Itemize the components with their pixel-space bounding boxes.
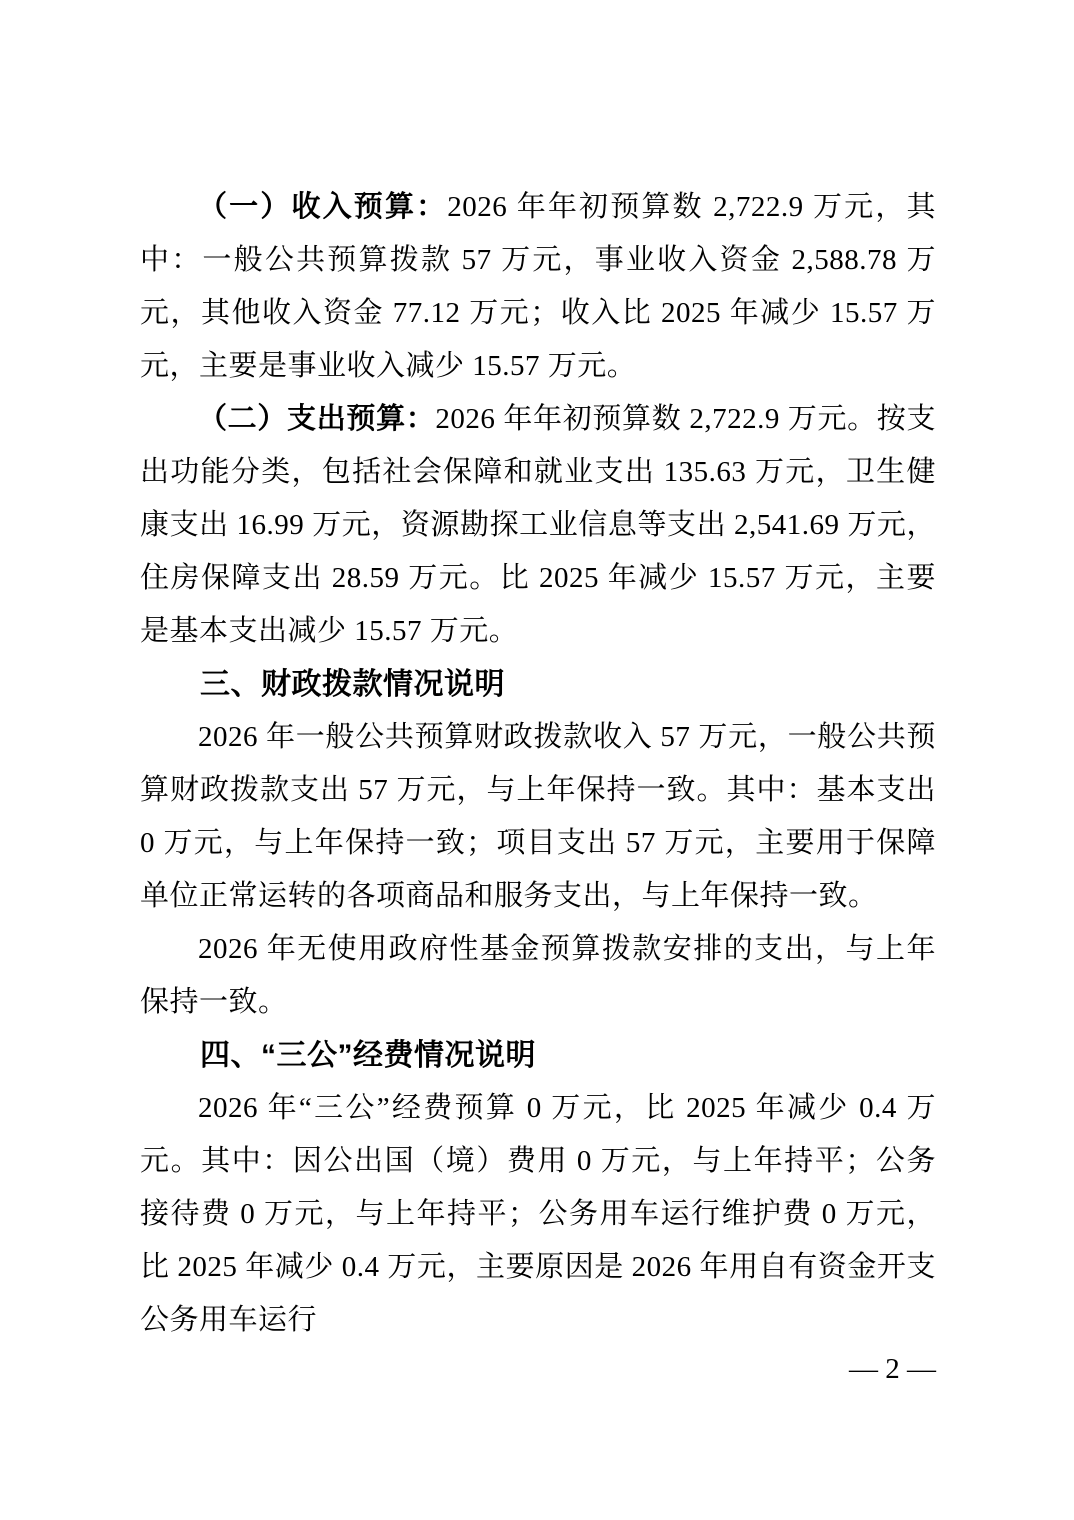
paragraph-expenditure-budget-text: 2026 年年初预算数 2,722.9 万元。按支出功能分类，包括社会保障和就业… — [140, 403, 936, 647]
paragraph-fiscal-appropriation: 2026 年一般公共预算财政拨款收入 57 万元，一般公共预算财政拨款支出 57… — [140, 711, 936, 923]
document-body: （一）收入预算：2026 年年初预算数 2,722.9 万元，其中：一般公共预算… — [140, 181, 936, 1347]
paragraph-government-fund: 2026 年无使用政府性基金预算拨款安排的支出，与上年保持一致。 — [140, 923, 936, 1029]
paragraph-expenditure-budget-lead: （二）支出预算： — [198, 403, 435, 435]
page-number-label: — 2 — — [849, 1353, 936, 1385]
paragraph-income-budget-lead: （一）收入预算： — [198, 191, 447, 223]
paragraph-income-budget: （一）收入预算：2026 年年初预算数 2,722.9 万元，其中：一般公共预算… — [140, 181, 936, 393]
paragraph-sangong-expenses: 2026 年“三公”经费预算 0 万元，比 2025 年减少 0.4 万元。其中… — [140, 1082, 936, 1347]
document-page: （一）收入预算：2026 年年初预算数 2,722.9 万元，其中：一般公共预算… — [0, 0, 1074, 1520]
section-heading-fiscal-appropriation: 三、财政拨款情况说明 — [140, 658, 936, 711]
paragraph-expenditure-budget: （二）支出预算：2026 年年初预算数 2,722.9 万元。按支出功能分类，包… — [140, 393, 936, 658]
section-heading-sangong-expenses: 四、“三公”经费情况说明 — [140, 1029, 936, 1082]
page-number: — 2 — — [849, 1349, 936, 1389]
